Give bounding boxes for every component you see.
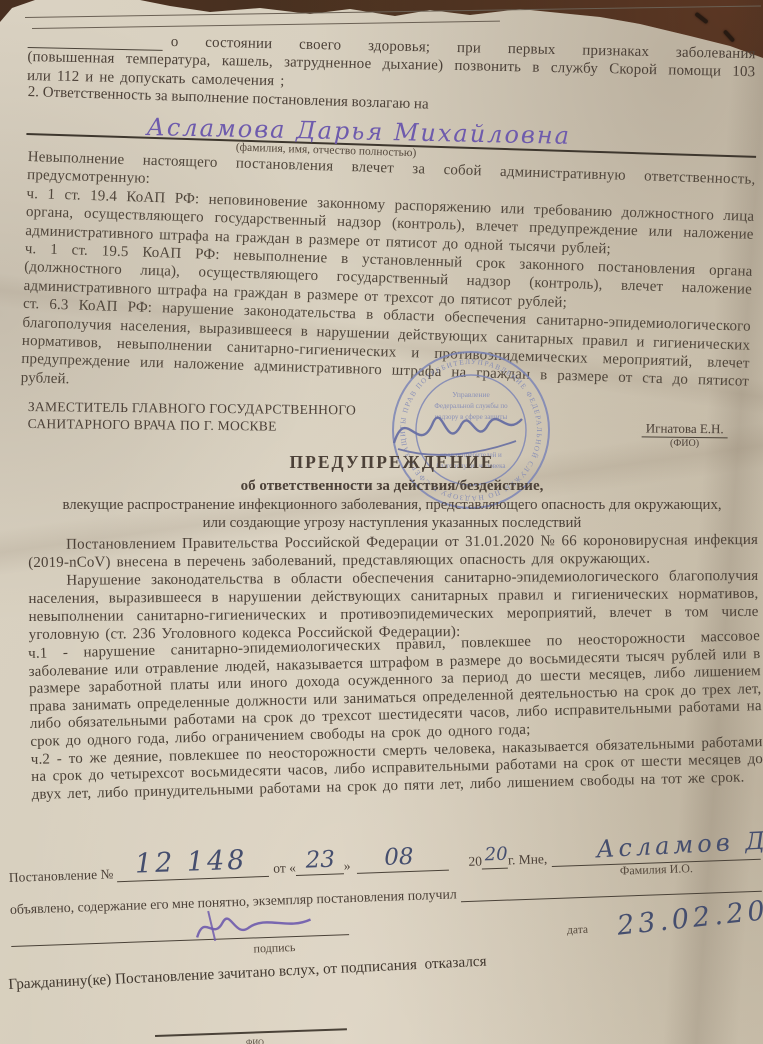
day-blank: 23 — [295, 855, 344, 876]
staple-mark — [723, 29, 735, 42]
warning-paragraphs: Постановлением Правительства Российской … — [28, 531, 759, 644]
photographed-document: о состоянии своего здоровья; при первых … — [0, 0, 763, 1044]
signer-fio-caption: (ФИО) — [642, 437, 728, 449]
bottom-fio-caption: ФИО — [246, 1038, 264, 1044]
month-blank: 08 — [356, 852, 449, 874]
signer-name: Игнатова Е.Н. — [642, 420, 728, 438]
signature-caption: подпись — [253, 940, 295, 956]
signer-title-line-2: САНИТАРНОГО ВРАЧА ПО Г. МОСКВЕ — [28, 415, 356, 435]
resolution-number-label: Постановление № — [9, 866, 114, 886]
quote-close: » — [344, 858, 351, 874]
date-label: дата — [567, 924, 588, 937]
blank-line — [28, 30, 163, 51]
warning-heading: ПРЕДУПРЕЖДЕНИЕ об ответственности за дей… — [28, 452, 756, 532]
citizen-name-blank: Асламов Д.М. Фамилия И.О. — [551, 841, 761, 867]
stamp-line: Управление — [452, 390, 490, 399]
citizen-signature — [188, 905, 319, 944]
resolution-number-blank: 12 148 — [117, 858, 270, 882]
criminal-part-1: ч.1 - нарушение санитарно-эпидемиологиче… — [28, 628, 762, 751]
criminal-liability-text: ч.1 - нарушение санитарно-эпидемиологиче… — [28, 628, 763, 804]
warning-para-1: Постановлением Правительства Российской … — [28, 531, 758, 572]
stamp-line: Федеральной службы по — [434, 402, 508, 410]
warning-subtitle-3: или создающие угрозу наступления указанн… — [28, 515, 756, 532]
handwritten-date: 23.02.202 — [616, 893, 763, 942]
handwritten-month: 08 — [384, 844, 414, 871]
handwritten-year: 20 — [484, 844, 508, 866]
handwritten-citizen-name: Асламов Д.М. — [595, 824, 763, 864]
year-blank: 20 — [482, 850, 509, 870]
year-suffix: г. Мне, — [508, 851, 548, 868]
warning-title: ПРЕДУПРЕЖДЕНИЕ — [28, 452, 756, 473]
signer-block: ЗАМЕСТИТЕЛЬ ГЛАВНОГО ГОСУДАРСТВЕННОГО СА… — [28, 398, 742, 449]
from-label: от « — [273, 860, 296, 877]
handwritten-day: 23 — [305, 847, 335, 874]
year-prefix: 20 — [468, 853, 482, 869]
staple-mark — [694, 12, 708, 24]
handwritten-resolution-number: 12 148 — [134, 845, 247, 880]
official-signature — [394, 418, 522, 455]
warning-subtitle-1: об ответственности за действия/бездейств… — [28, 478, 756, 495]
warning-subtitle-2: влекущие распространение инфекционного з… — [28, 497, 756, 514]
